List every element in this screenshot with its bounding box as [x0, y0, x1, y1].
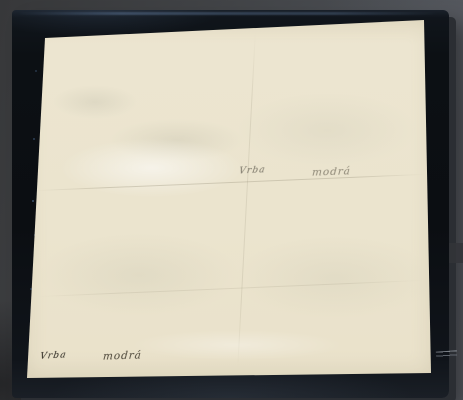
mount-dust-speckles	[32, 200, 34, 202]
background-dark-notch	[449, 243, 463, 263]
show-through-horizontal-edge	[37, 280, 423, 297]
show-through-vertical-gutter	[237, 32, 256, 370]
expert-signature-middle: Vrba	[238, 165, 266, 176]
show-through-horizontal-gutter	[35, 174, 425, 191]
stamp-block-reverse: Vrba modrá Vrba modrá	[27, 20, 431, 378]
mount-gloss-highlight	[16, 12, 439, 15]
expert-signature-bottom-left: Vrba	[39, 350, 67, 361]
color-annotation-middle: modrá	[312, 165, 352, 178]
photo-stage: Vrba modrá Vrba modrá	[0, 0, 463, 400]
color-annotation-bottom-left: modrá	[103, 349, 143, 362]
